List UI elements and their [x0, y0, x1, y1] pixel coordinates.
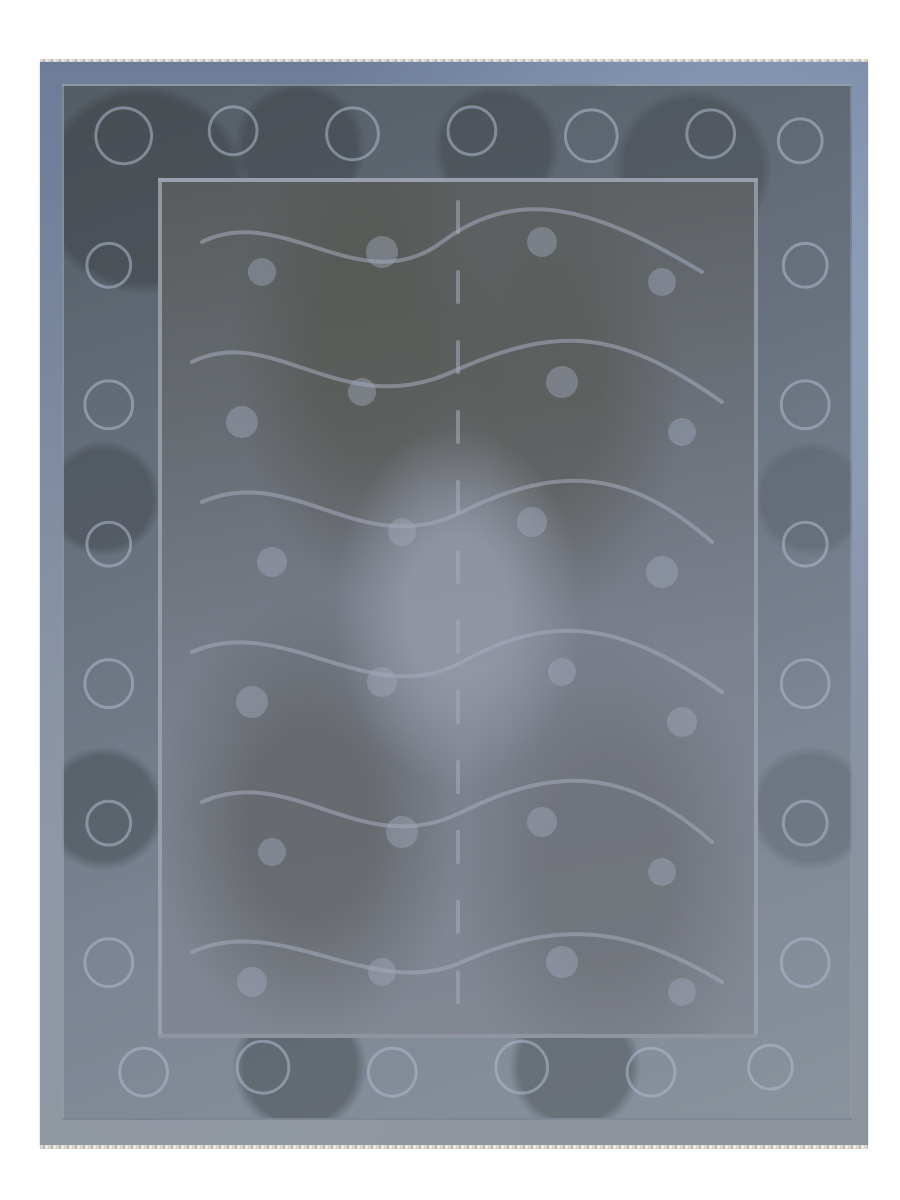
- rug: [40, 62, 868, 1146]
- bottom-fringe: [40, 1145, 868, 1149]
- rug-field: [158, 178, 758, 1038]
- field-vine-pattern: [162, 182, 754, 1034]
